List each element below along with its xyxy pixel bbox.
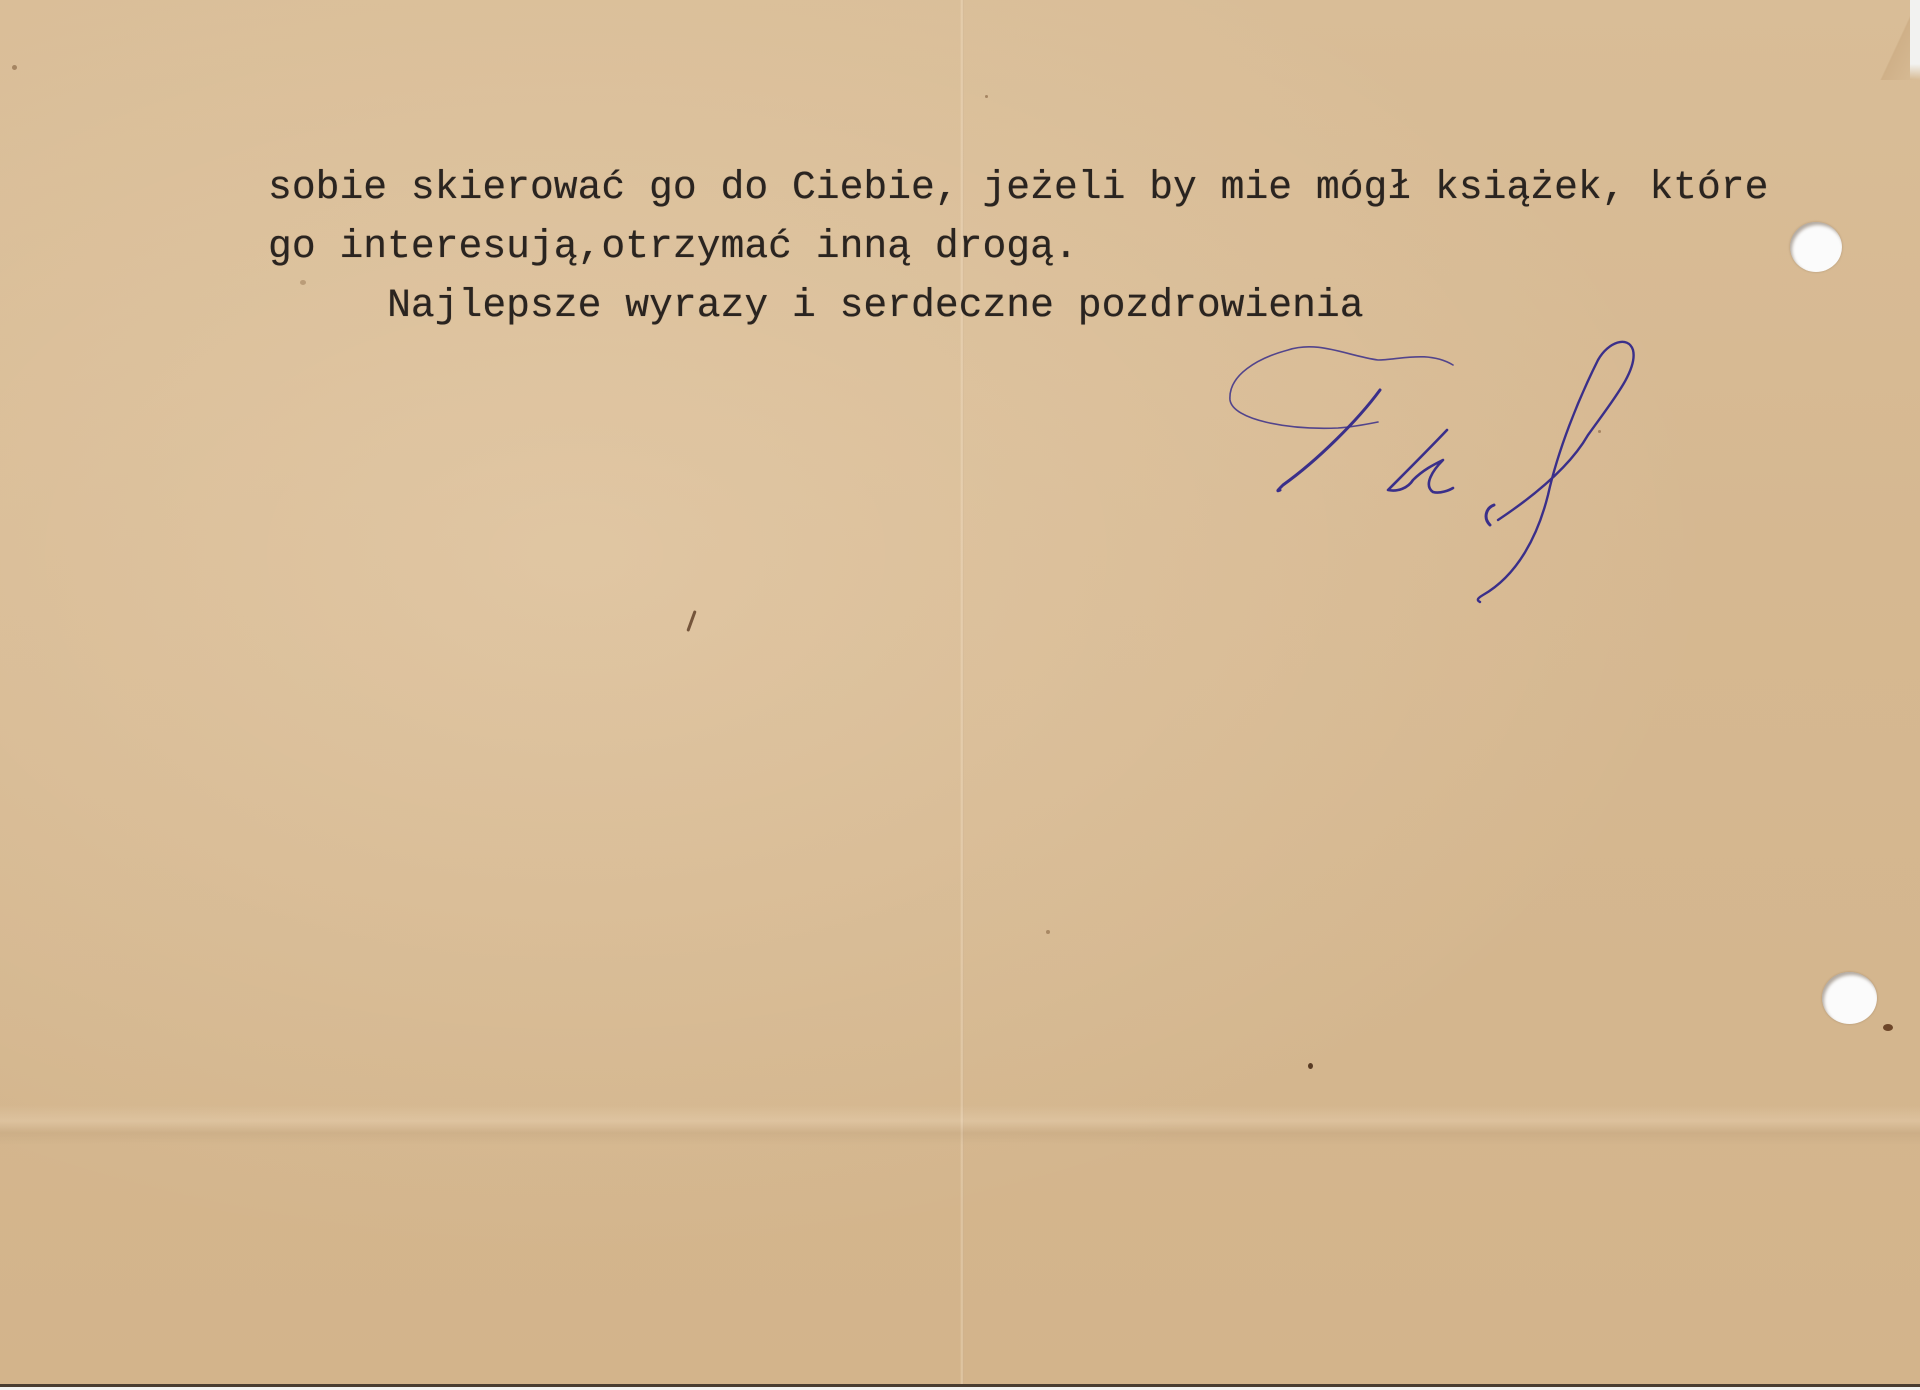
paper-speck [686, 610, 696, 632]
typed-line-3-closing: Najlepsze wyrazy i serdeczne pozdrowieni… [268, 276, 1364, 335]
handwritten-signature [1228, 320, 1648, 610]
paper-sheet: sobie skierować go do Ciebie, jeżeli by … [0, 0, 1920, 1387]
punch-hole-bottom [1822, 972, 1877, 1024]
paper-speck [1883, 1024, 1893, 1031]
typed-line-2: go interesują,otrzymać inną drogą. [268, 217, 1078, 276]
punch-hole-top [1790, 222, 1842, 272]
horizontal-fold-line [0, 1105, 1920, 1145]
paper-speck [985, 95, 988, 98]
paper-speck [12, 65, 17, 70]
typed-line-1: sobie skierować go do Ciebie, jeżeli by … [268, 158, 1768, 217]
paper-speck [1308, 1063, 1313, 1069]
paper-speck [1046, 930, 1050, 934]
corner-background-strip [1910, 0, 1920, 80]
